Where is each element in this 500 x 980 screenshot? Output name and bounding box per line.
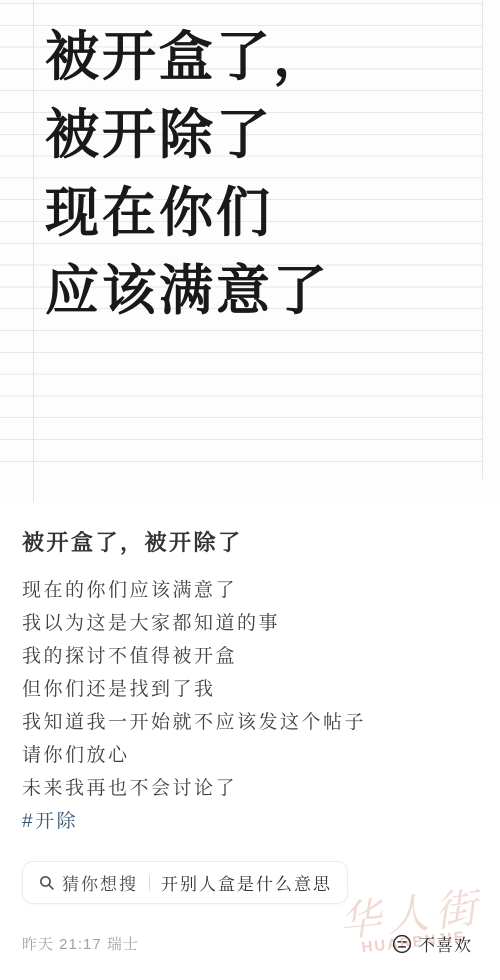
note-image-text-line: 应该满意了 (45, 252, 330, 330)
note-image-text-line: 现在你们 (45, 174, 330, 252)
post-body-line: 请你们放心 (22, 739, 478, 772)
post-title: 被开盒了，被开除了 (22, 528, 478, 558)
post-body-line: 我知道我一开始就不应该发这个帖子 (22, 706, 478, 739)
post-body-line: 现在的你们应该满意了 (22, 574, 478, 607)
note-image-text-line: 被开除了 (45, 96, 330, 174)
post-content: 被开盒了，被开除了 现在的你们应该满意了 我以为这是大家都知道的事 我的探讨不值… (0, 505, 500, 956)
note-image-text-line: 被开盒了， (45, 18, 330, 96)
search-suggestion-pill[interactable]: 猜你想搜 开别人盒是什么意思 (22, 861, 348, 904)
post-body-line: 我以为这是大家都知道的事 (22, 607, 478, 640)
dislike-label: 不喜欢 (418, 931, 472, 956)
note-image[interactable]: 被开盒了， 被开除了 现在你们 应该满意了 (0, 0, 500, 505)
post-footer: 昨天 21:17 瑞士 不喜欢 (22, 931, 478, 956)
dislike-button[interactable]: 不喜欢 (392, 931, 478, 956)
paper-right-margin-line (482, 0, 483, 479)
search-suggestion-query: 开别人盒是什么意思 (161, 870, 332, 895)
post-timestamp-location: 昨天 21:17 瑞士 (22, 933, 139, 954)
expressionless-face-icon (392, 934, 412, 954)
post-body-line: 但你们还是找到了我 (22, 673, 478, 706)
post-hashtag-row: #开除 (22, 805, 478, 838)
search-icon (38, 874, 55, 891)
post-body-line: 我的探讨不值得被开盒 (22, 640, 478, 673)
hashtag-link[interactable]: #开除 (22, 811, 78, 832)
note-image-text: 被开盒了， 被开除了 现在你们 应该满意了 (45, 18, 330, 330)
post-detail-screen: 被开盒了， 被开除了 现在你们 应该满意了 被开盒了，被开除了 现在的你们应该满… (0, 0, 500, 980)
post-body: 现在的你们应该满意了 我以为这是大家都知道的事 我的探讨不值得被开盒 但你们还是… (22, 574, 478, 838)
search-suggestion-divider (149, 875, 150, 891)
post-body-line: 未来我再也不会讨论了 (22, 772, 478, 805)
paper-left-margin-line (33, 0, 34, 502)
search-suggestion-label: 猜你想搜 (62, 870, 138, 895)
